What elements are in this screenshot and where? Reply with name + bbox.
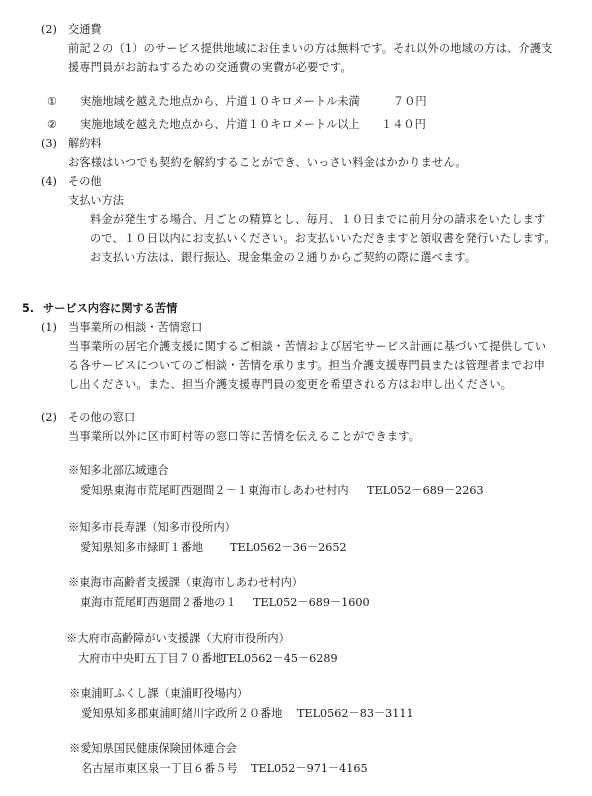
- paragraph-line: し出ください。また、担当介護支援専門員の変更を希望される方はお申し出ください。: [68, 379, 512, 390]
- item-title: その他の窓口: [68, 412, 135, 423]
- contact-address: 東海市荒尾町西廻間２番地の１: [80, 597, 237, 608]
- contact-address: 愛知県東海市荒尾町西廻間２－１東海市しあわせ村内: [80, 485, 349, 496]
- paragraph-line: ので、１０日以内にお支払いください。お支払いいただきますと領収書を発行いたします…: [90, 233, 556, 244]
- contact-tel: TEL052－689－1600: [253, 597, 370, 608]
- contact-address: 名古屋市東区泉一丁目６番５号: [81, 763, 238, 774]
- contact-tel: TEL0562－36－2652: [230, 542, 347, 553]
- item-title: その他: [68, 176, 102, 187]
- paragraph-line: お客様はいつでも契約を解約することができ、いっさい料金はかかりません。: [68, 157, 467, 168]
- item-number: (3): [41, 138, 57, 149]
- fee-price: １４０円: [381, 119, 426, 130]
- contact-name: ※知多北部広域連合: [68, 465, 169, 476]
- paragraph-line: お支払い方法は、銀行振込、現金集金の２通りからご契約の際に選べます。: [90, 252, 476, 263]
- paragraph-line: 援専門員がお訪ねするための交通費の実費が必要です。: [68, 62, 352, 73]
- paragraph-line: 前記２の（1）のサービス提供地域にお住まいの方は無料です。それ以外の地域の方は、…: [68, 43, 553, 54]
- item-title: 交通費: [68, 24, 102, 35]
- item-title: 解約料: [68, 138, 102, 149]
- contact-address: 愛知県知多郡東浦町緒川字政所２０番地: [81, 708, 282, 719]
- contact-tel: TEL052－971－4165: [251, 763, 368, 774]
- section-heading: サービス内容に関する苦情: [43, 303, 177, 314]
- contact-name: ※愛知県国民健康保険団体連合会: [69, 743, 237, 754]
- paragraph-line: る各サービスについてのご相談・苦情を承ります。担当介護支援専門員または管理者まで…: [68, 360, 545, 371]
- fee-description: 実施地域を越えた地点から、片道１０キロメートル未満: [80, 96, 360, 107]
- contact-address: 大府市中央町五丁目７０番地: [78, 653, 223, 664]
- contact-name: ※大府市高齢障がい支援課（大府市役所内）: [66, 633, 290, 644]
- item-number: (1): [41, 322, 57, 333]
- item-subtitle: 支払い方法: [68, 195, 124, 206]
- contact-address: 愛知県知多市緑町１番地: [80, 542, 203, 553]
- contact-name: ※知多市長寿課（知多市役所内）: [68, 522, 236, 533]
- contact-tel: TEL052－689－2263: [367, 485, 484, 496]
- item-number: (2): [41, 412, 57, 423]
- paragraph-line: 当事業所以外に区市町村等の窓口等に苦情を伝えることができます。: [68, 431, 420, 442]
- paragraph-line: 料金が発生する場合、月ごとの精算とし、毎月、１０日までに前月分の請求をいたします: [90, 214, 546, 225]
- item-number: (4): [41, 176, 57, 187]
- fee-mark: ②: [47, 119, 57, 130]
- fee-mark: ①: [47, 96, 57, 107]
- item-number: (2): [41, 24, 57, 35]
- section-number: 5.: [22, 303, 34, 314]
- fee-price: ７０円: [393, 96, 427, 107]
- contact-name: ※東海市高齢者支援課（東海市しあわせ村内）: [68, 577, 303, 588]
- contact-name: ※東浦町ふくし課（東浦町役場内）: [69, 688, 248, 699]
- contact-tel: TEL0562－45－6289: [221, 653, 338, 664]
- fee-description: 実施地域を越えた地点から、片道１０キロメートル以上: [80, 119, 360, 130]
- paragraph-line: 当事業所の居宅介護支援に関するご相談・苦情および居宅サービス計画に基づいて提供し…: [68, 341, 546, 352]
- item-title: 当事業所の相談・苦情窓口: [68, 322, 202, 333]
- contact-tel: TEL0562－83－3111: [297, 708, 414, 719]
